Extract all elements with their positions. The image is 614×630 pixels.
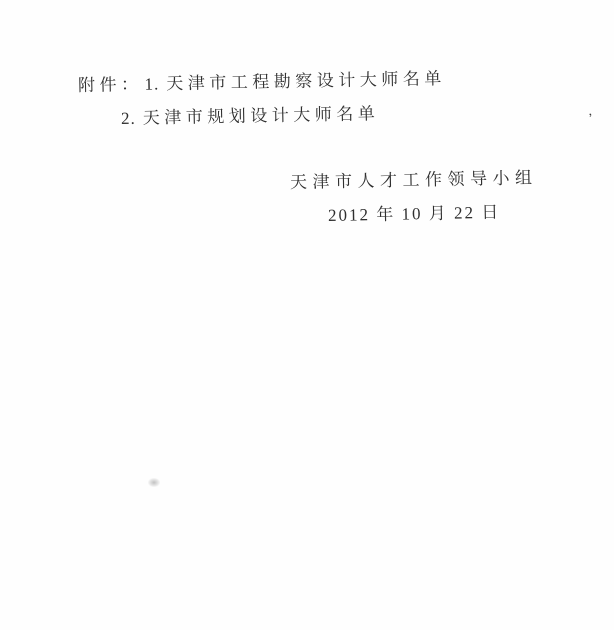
- smudge-artifact: [148, 478, 160, 487]
- signature-date: 2012 年 10 月 22 日: [328, 198, 501, 226]
- attachment-line-2: 2.天津市规划设计大师名单: [121, 99, 380, 129]
- signature-organization: 天津市人才工作领导小组: [290, 163, 538, 193]
- attachment-line-1: 附件：1.天津市工程勘察设计大师名单: [78, 64, 446, 96]
- attachment-item-2-number: 2.: [121, 109, 136, 128]
- attachment-item-1-number: 1.: [144, 74, 159, 93]
- scanned-document-page: 附件：1.天津市工程勘察设计大师名单 2.天津市规划设计大师名单 天津市人才工作…: [0, 0, 614, 630]
- ink-mark-artifact: ,: [586, 103, 593, 119]
- attachment-item-2-text: 天津市规划设计大师名单: [143, 104, 380, 128]
- attachment-item-1-text: 天津市工程勘察设计大师名单: [166, 69, 446, 93]
- attachment-label: 附件：: [78, 75, 143, 95]
